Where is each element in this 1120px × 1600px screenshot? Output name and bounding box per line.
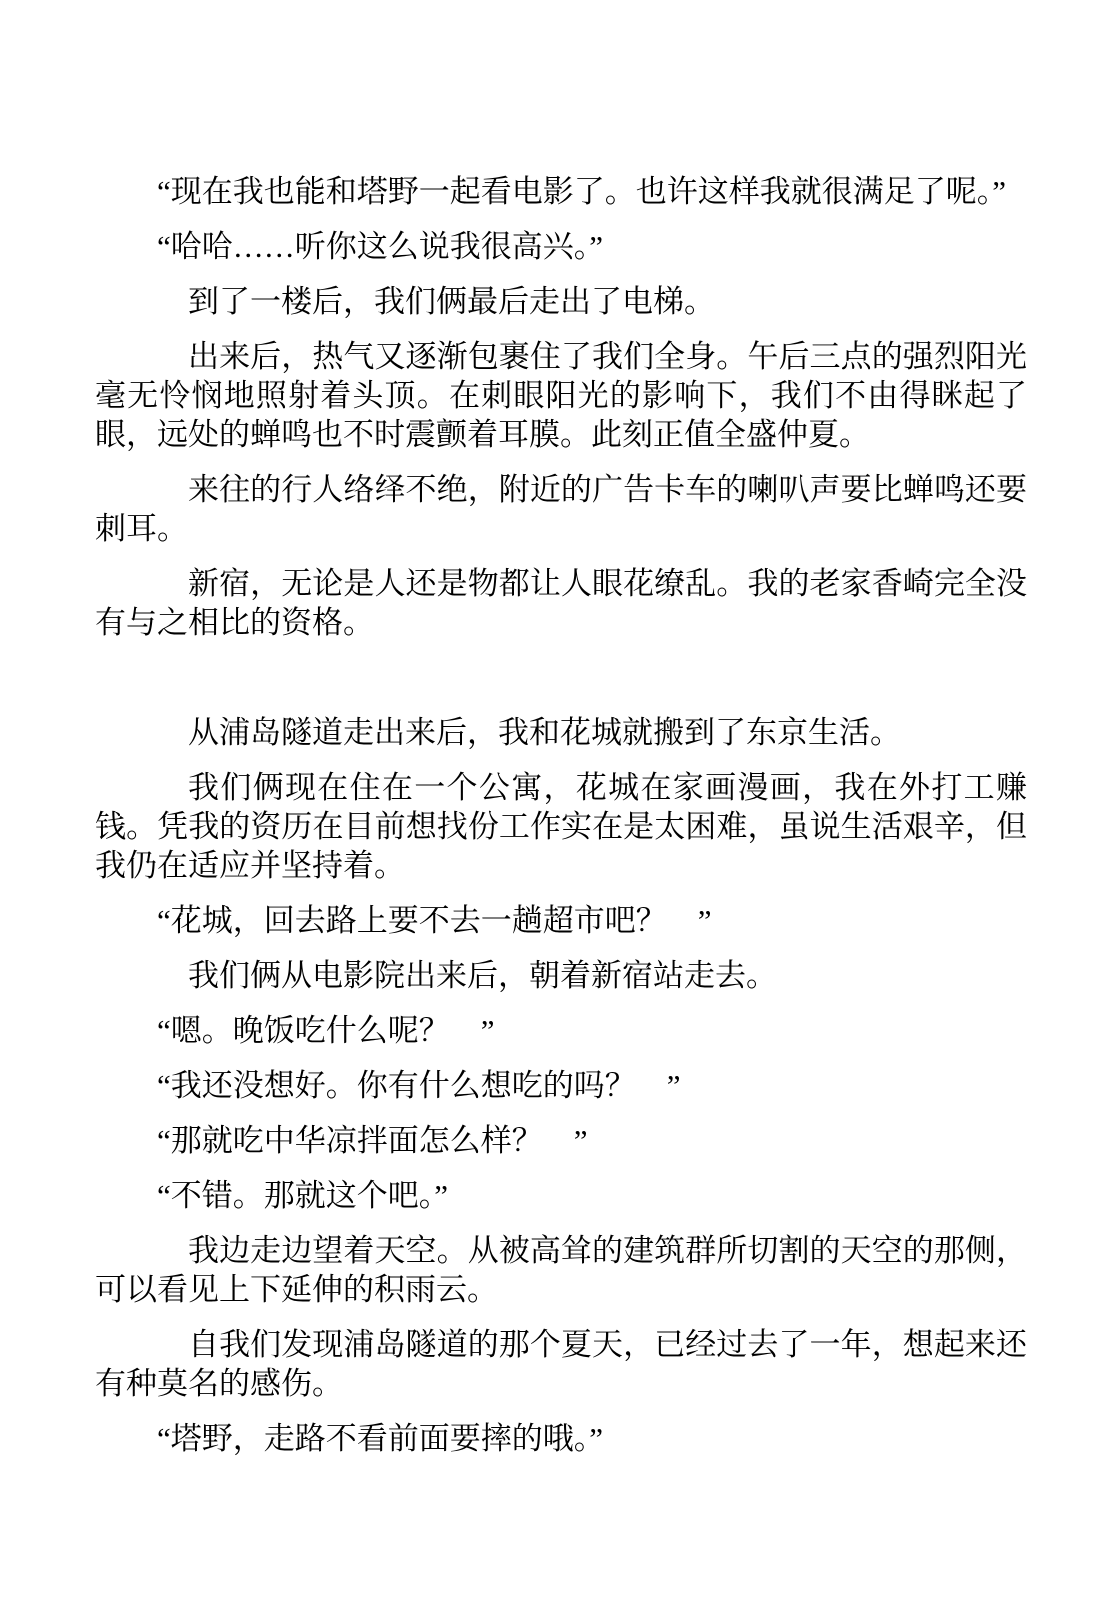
dialogue-paragraph: “我还没想好。你有什么想吃的吗？ ” xyxy=(95,1066,1027,1105)
page-text-block: “现在我也能和塔野一起看电影了。也许这样我就很满足了呢。” “哈哈……听你这么说… xyxy=(95,172,1027,1474)
dialogue-paragraph: “不错。那就这个吧。” xyxy=(95,1176,1027,1215)
narrative-paragraph: 我们俩从电影院出来后，朝着新宿站走去。 xyxy=(95,956,1027,995)
dialogue-paragraph: “现在我也能和塔野一起看电影了。也许这样我就很满足了呢。” xyxy=(95,172,1027,211)
narrative-paragraph: 自我们发现浦岛隧道的那个夏天，已经过去了一年，想起来还有种莫名的感伤。 xyxy=(95,1325,1027,1403)
dialogue-paragraph: “花城，回去路上要不去一趟超市吧？ ” xyxy=(95,901,1027,940)
dialogue-paragraph: “嗯。晚饭吃什么呢？ ” xyxy=(95,1011,1027,1050)
book-page: “现在我也能和塔野一起看电影了。也许这样我就很满足了呢。” “哈哈……听你这么说… xyxy=(0,0,1120,1600)
narrative-paragraph: 我边走边望着天空。从被高耸的建筑群所切割的天空的那侧，可以看见上下延伸的积雨云。 xyxy=(95,1231,1027,1309)
narrative-paragraph: 新宿，无论是人还是物都让人眼花缭乱。我的老家香崎完全没有与之相比的资格。 xyxy=(95,564,1027,642)
narrative-paragraph: 我们俩现在住在一个公寓，花城在家画漫画，我在外打工赚钱。凭我的资历在目前想找份工… xyxy=(95,768,1027,885)
dialogue-paragraph: “哈哈……听你这么说我很高兴。” xyxy=(95,227,1027,266)
narrative-paragraph: 出来后，热气又逐渐包裹住了我们全身。午后三点的强烈阳光毫无怜悯地照射着头顶。在刺… xyxy=(95,337,1027,454)
narrative-paragraph: 到了一楼后，我们俩最后走出了电梯。 xyxy=(95,282,1027,321)
scene-break xyxy=(95,658,1027,697)
dialogue-paragraph: “那就吃中华凉拌面怎么样？ ” xyxy=(95,1121,1027,1160)
narrative-paragraph: 来往的行人络绎不绝，附近的广告卡车的喇叭声要比蝉鸣还要刺耳。 xyxy=(95,470,1027,548)
dialogue-paragraph: “塔野，走路不看前面要摔的哦。” xyxy=(95,1419,1027,1458)
narrative-paragraph: 从浦岛隧道走出来后，我和花城就搬到了东京生活。 xyxy=(95,713,1027,752)
